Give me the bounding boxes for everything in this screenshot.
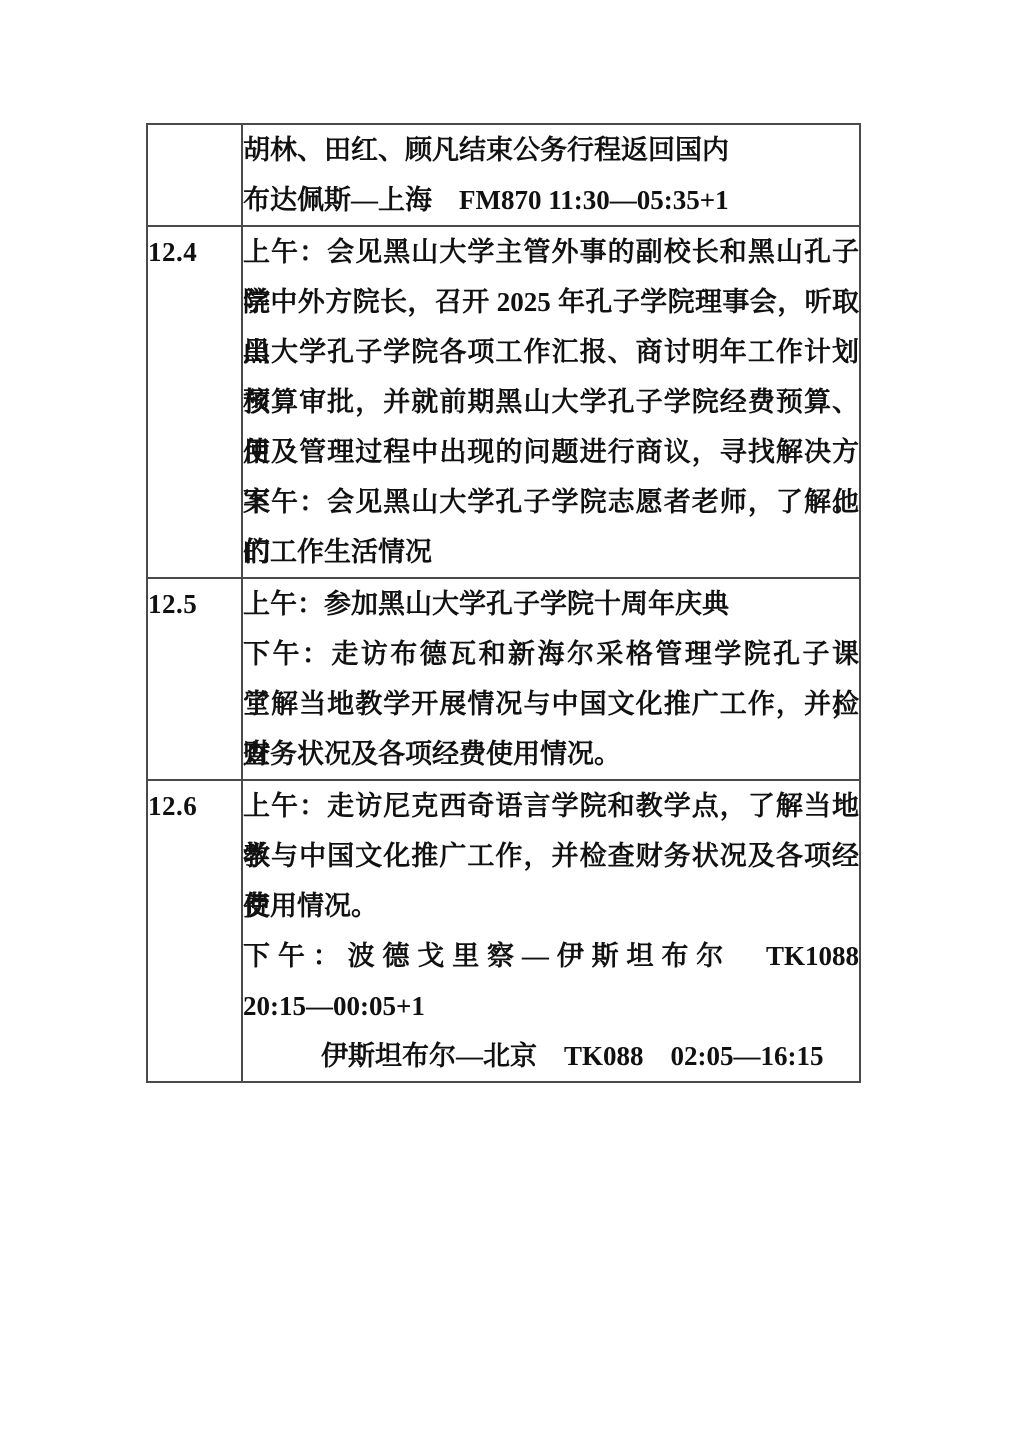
schedule-line: 上午：参加黑山大学孔子学院十周年庆典 bbox=[243, 579, 859, 629]
schedule-line: 用及管理过程中出现的问题进行商议，寻找解决方案。 bbox=[243, 427, 859, 477]
flight-time-line: 20:15—00:05+1 bbox=[243, 981, 859, 1031]
content-cell: 上午：参加黑山大学孔子学院十周年庆典 下午：走访布德瓦和新海尔采格管理学院孔子课… bbox=[242, 578, 860, 780]
date-cell: 12.6 bbox=[147, 780, 242, 1082]
schedule-line: 学与中国文化推广工作，并检查财务状况及各项经费 bbox=[243, 831, 859, 881]
schedule-line: 了解当地教学开展情况与中国文化推广工作，并检查 bbox=[243, 679, 859, 729]
date-cell bbox=[147, 124, 242, 226]
table-row: 12.6 上午：走访尼克西奇语言学院和教学点，了解当地教 学与中国文化推广工作，… bbox=[147, 780, 860, 1082]
date-text: 12.4 bbox=[148, 227, 241, 277]
content-cell: 上午：会见黑山大学主管外事的副校长和黑山孔子学 院中外方院长，召开 2025 年… bbox=[242, 226, 860, 578]
content-cell: 上午：走访尼克西奇语言学院和教学点，了解当地教 学与中国文化推广工作，并检查财务… bbox=[242, 780, 860, 1082]
schedule-line: 院中外方院长，召开 2025 年孔子学院理事会，听取黑 bbox=[243, 277, 859, 327]
document-page: 胡林、田红、顾凡结束公务行程返回国内 布达佩斯—上海 FM870 11:30—0… bbox=[0, 0, 1024, 1448]
date-cell: 12.4 bbox=[147, 226, 242, 578]
schedule-line: 胡林、田红、顾凡结束公务行程返回国内 bbox=[243, 125, 859, 175]
schedule-line: 的工作生活情况 bbox=[243, 527, 859, 577]
schedule-line: 上午：会见黑山大学主管外事的副校长和黑山孔子学 bbox=[243, 227, 859, 277]
schedule-line: 山大学孔子学院各项工作汇报、商讨明年工作计划核 bbox=[243, 327, 859, 377]
schedule-line: 预算审批，并就前期黑山大学孔子学院经费预算、使 bbox=[243, 377, 859, 427]
table-row: 12.4 上午：会见黑山大学主管外事的副校长和黑山孔子学 院中外方院长，召开 2… bbox=[147, 226, 860, 578]
date-text: 12.6 bbox=[148, 781, 241, 831]
date-text: 12.5 bbox=[148, 579, 241, 629]
schedule-line: 财务状况及各项经费使用情况。 bbox=[243, 729, 859, 779]
flight-line: 布达佩斯—上海 FM870 11:30—05:35+1 bbox=[243, 175, 859, 225]
table-row: 胡林、田红、顾凡结束公务行程返回国内 布达佩斯—上海 FM870 11:30—0… bbox=[147, 124, 860, 226]
schedule-line: 使用情况。 bbox=[243, 881, 859, 931]
flight-line: 伊斯坦布尔—北京 TK088 02:05—16:15 bbox=[243, 1031, 859, 1081]
date-cell: 12.5 bbox=[147, 578, 242, 780]
schedule-line: 上午：走访尼克西奇语言学院和教学点，了解当地教 bbox=[243, 781, 859, 831]
flight-line: 下午：波德戈里察—伊斯坦布尔 TK1088 bbox=[243, 931, 859, 981]
content-cell: 胡林、田红、顾凡结束公务行程返回国内 布达佩斯—上海 FM870 11:30—0… bbox=[242, 124, 860, 226]
schedule-table: 胡林、田红、顾凡结束公务行程返回国内 布达佩斯—上海 FM870 11:30—0… bbox=[146, 123, 861, 1083]
schedule-line: 下午：会见黑山大学孔子学院志愿者老师，了解他们 bbox=[243, 477, 859, 527]
schedule-line: 下午：走访布德瓦和新海尔采格管理学院孔子课堂， bbox=[243, 629, 859, 679]
table-row: 12.5 上午：参加黑山大学孔子学院十周年庆典 下午：走访布德瓦和新海尔采格管理… bbox=[147, 578, 860, 780]
